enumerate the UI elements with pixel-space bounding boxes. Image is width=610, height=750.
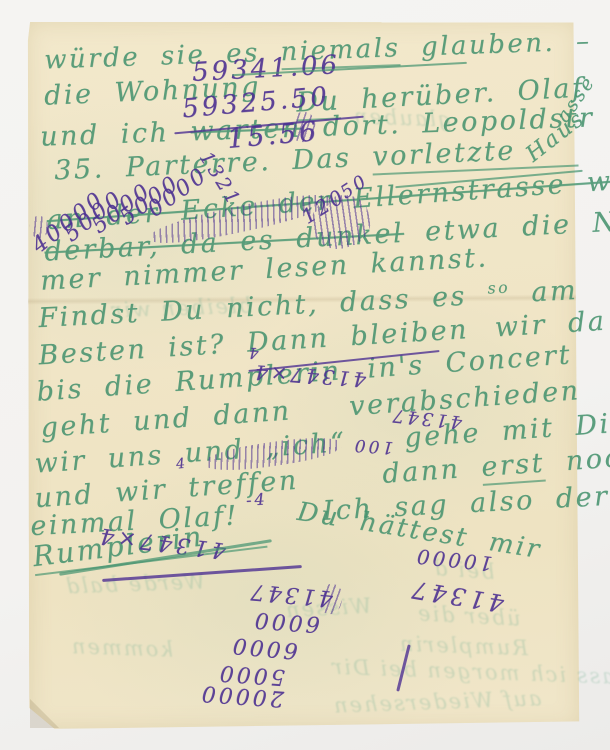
letter-page: [27, 20, 579, 729]
scan-background: { "document": { "kind": "handwritten-let…: [0, 0, 610, 750]
